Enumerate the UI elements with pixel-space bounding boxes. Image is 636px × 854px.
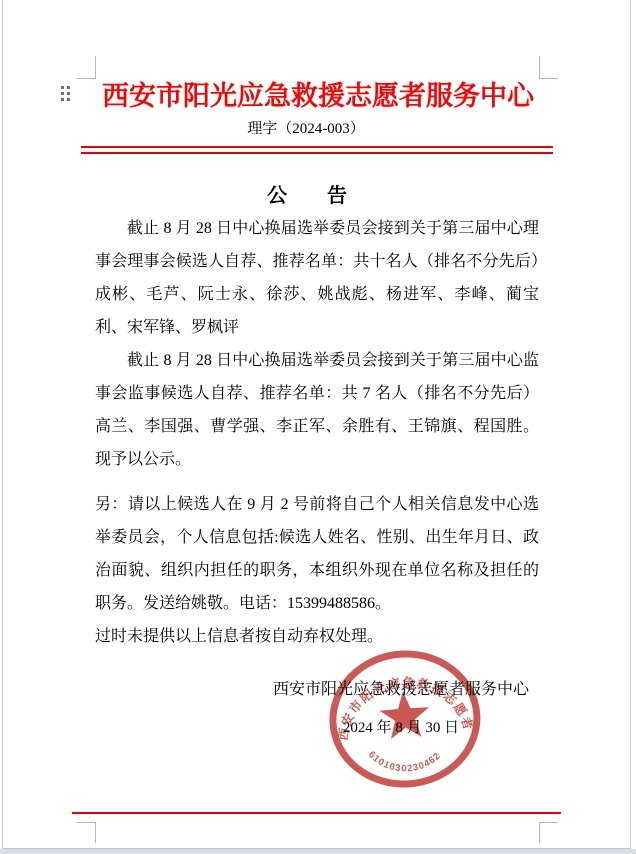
seal-serial-number: 6101030230462 bbox=[365, 744, 444, 777]
letterhead-rule-top bbox=[81, 146, 553, 148]
paragraph-board-candidates[interactable]: 截止 8 月 28 日中心换届选举委员会接到关于第三届中心理事会理事会候选人自荐… bbox=[95, 212, 539, 344]
closing-date[interactable]: 2024 年 8 月 30 日 bbox=[240, 718, 562, 738]
paragraph-supervisor-candidates[interactable]: 截止 8 月 28 日中心换届选举委员会接到关于第三届中心监事会监事候选人自荐、… bbox=[95, 344, 539, 476]
page-right-edge bbox=[630, 0, 631, 849]
letterhead-rule-bottom bbox=[81, 152, 553, 154]
notice-body: 截止 8 月 28 日中心换届选举委员会接到关于第三届中心理事会理事会候选人自荐… bbox=[95, 212, 539, 653]
outside-page-strip bbox=[0, 849, 636, 854]
closing-org-name[interactable]: 西安市阳光应急救援志愿者服务中心 bbox=[240, 679, 562, 701]
crop-mark-bottom-left bbox=[77, 822, 96, 843]
paragraph-info-request[interactable]: 另：请以上候选人在 9 月 2 号前将自己个人相关信息发中心选举委员会，个人信息… bbox=[95, 488, 539, 620]
svg-text:6101030230462: 6101030230462 bbox=[365, 744, 444, 777]
closing-block: 西安市阳光应急救援志愿者服务中心 2024 年 8 月 30 日 bbox=[240, 679, 562, 738]
notice-title[interactable]: 公 告 bbox=[0, 179, 614, 208]
crop-mark-bottom-right bbox=[539, 822, 558, 843]
letterhead-doc-number[interactable]: 理字（2024-003） bbox=[0, 117, 612, 138]
footer-rule bbox=[72, 812, 561, 814]
document-page: 西安市阳光应急救援志愿者服务中心 理字（2024-003） 公 告 截止 8 月… bbox=[0, 0, 636, 854]
letterhead-org-title[interactable]: 西安市阳光应急救援志愿者服务中心 bbox=[0, 74, 636, 113]
